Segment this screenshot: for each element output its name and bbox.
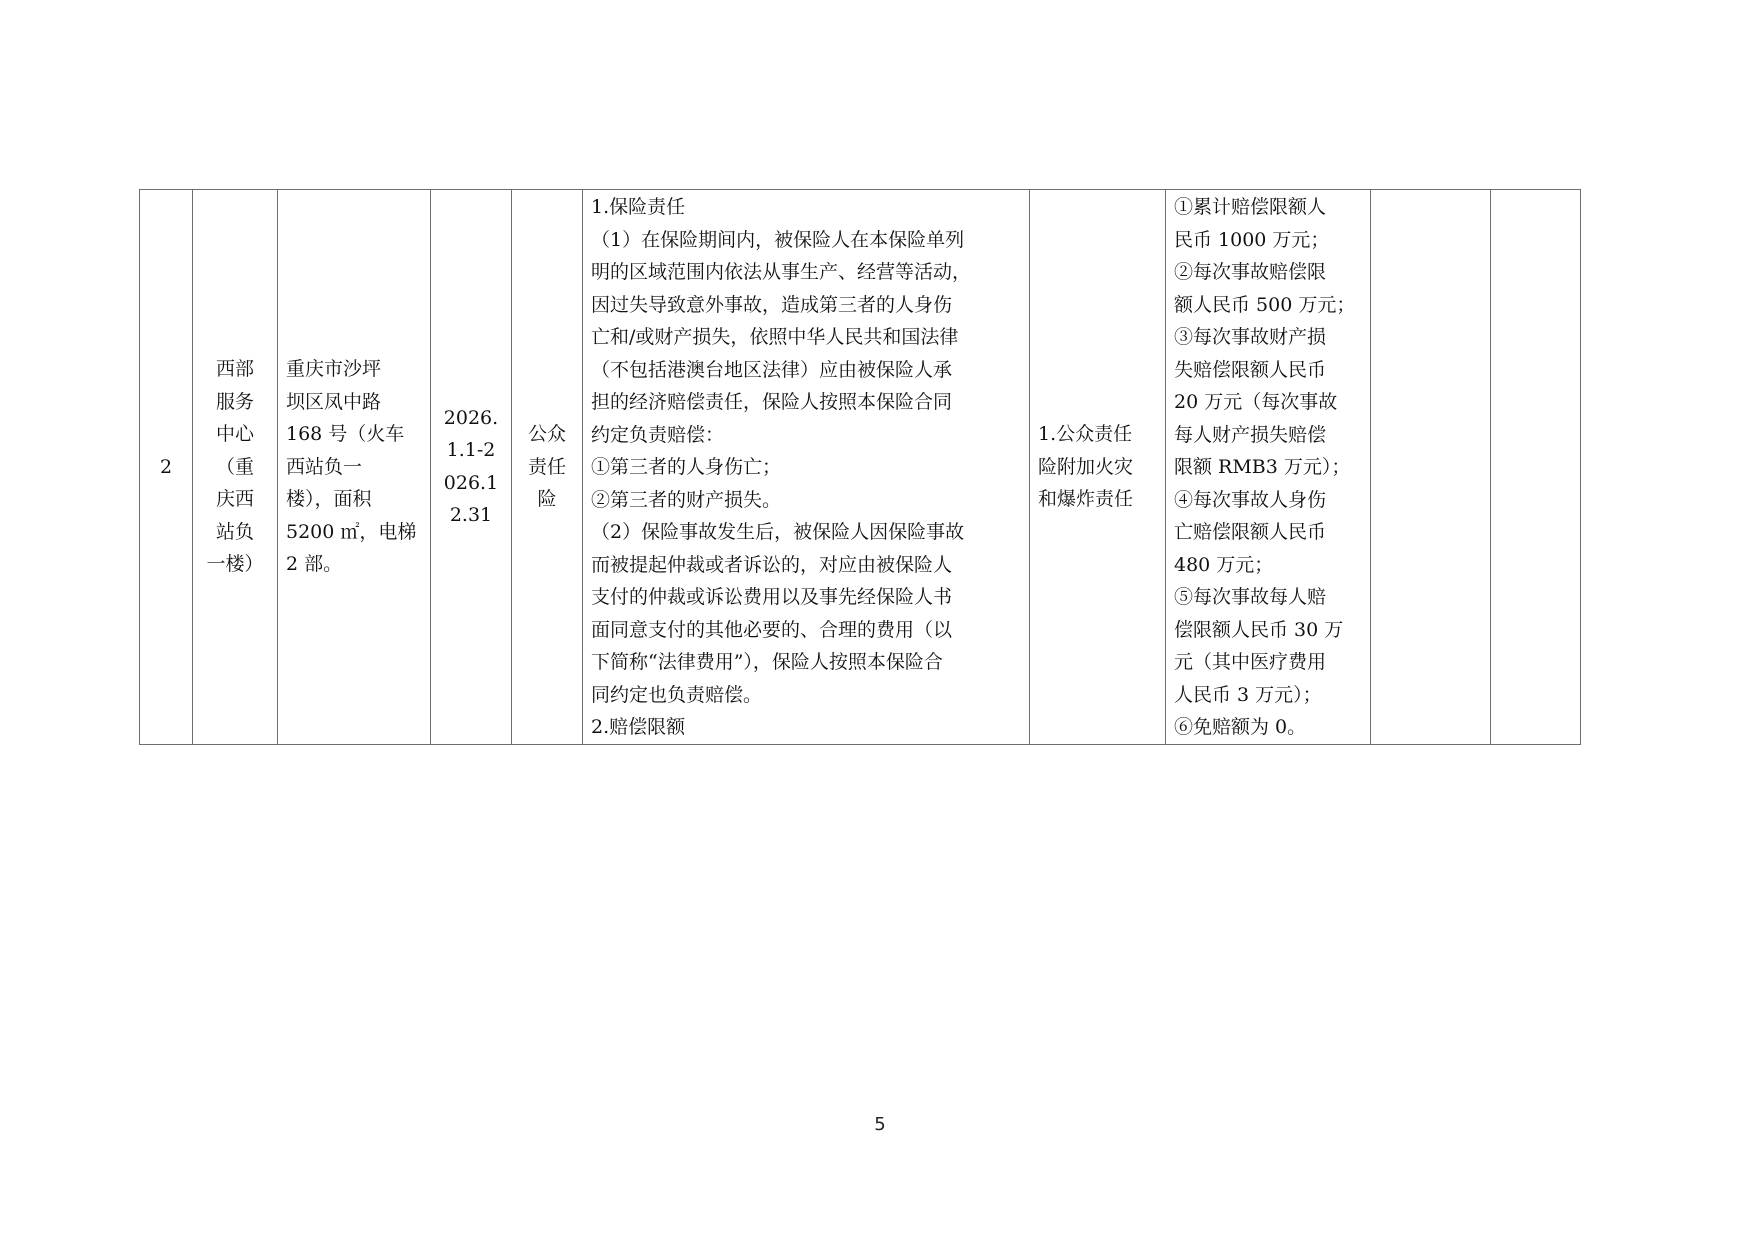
page-number: 5 (868, 1114, 892, 1135)
empty-cell-10 (1491, 190, 1581, 745)
text-line: 站负 (201, 516, 269, 549)
text-line: （重 (201, 451, 269, 484)
text-line: 2 部。 (286, 548, 422, 581)
text-line: 明的区域范围内依法从事生产、经营等活动， (591, 256, 1021, 289)
text-line: 坝区凤中路 (286, 386, 422, 419)
text-line: 额人民币 500 万元； (1174, 289, 1362, 322)
text-line: ①累计赔偿限额人 (1174, 191, 1362, 224)
text-line: 中心 (201, 418, 269, 451)
text-line: ④每次事故人身伤 (1174, 484, 1362, 517)
text-line: 险附加火灾 (1038, 451, 1157, 484)
text-line: 亡和/或财产损失，依照中华人民共和国法律 (591, 321, 1021, 354)
text-line: （1）在保险期间内，被保险人在本保险单列 (591, 224, 1021, 257)
row-index: 2 (160, 456, 172, 478)
row-index-cell: 2 (140, 190, 193, 745)
text-line: 服务 (201, 386, 269, 419)
text-line: ③每次事故财产损 (1174, 321, 1362, 354)
text-line: 险 (520, 483, 574, 516)
text-line: 5200 ㎡，电梯 (286, 516, 422, 549)
text-line: 480 万元； (1174, 549, 1362, 582)
text-line: 1.保险责任 (591, 191, 1021, 224)
text-line: 担的经济赔偿责任，保险人按照本保险合同 (591, 386, 1021, 419)
empty-cell-9 (1371, 190, 1491, 745)
text-line: 民币 1000 万元； (1174, 224, 1362, 257)
text-line: 一楼） (201, 548, 269, 581)
text-line: ⑤每次事故每人赔 (1174, 581, 1362, 614)
insurance-period-cell: 2026.1.1-2026.12.31 (431, 190, 512, 745)
text-line: ①第三者的人身伤亡； (591, 451, 1021, 484)
insurance-type-cell: 公众责任险 (512, 190, 583, 745)
text-line: （2）保险事故发生后，被保险人因保险事故 (591, 516, 1021, 549)
text-line: 每人财产损失赔偿 (1174, 419, 1362, 452)
text-line: 亡赔偿限额人民币 (1174, 516, 1362, 549)
text-line: 支付的仲裁或诉讼费用以及事先经保险人书 (591, 581, 1021, 614)
text-line: 026.1 (439, 467, 503, 500)
text-line: 楼），面积 (286, 483, 422, 516)
text-line: 而被提起仲裁或者诉讼的，对应由被保险人 (591, 549, 1021, 582)
text-line: 失赔偿限额人民币 (1174, 354, 1362, 387)
table-row: 2 西部服务中心（重庆西站负一楼） 重庆市沙坪坝区凤中路168 号（火车西站负一… (140, 190, 1581, 745)
text-line: 限额 RMB3 万元）； (1174, 451, 1362, 484)
text-line: ②第三者的财产损失。 (591, 484, 1021, 517)
text-line: ⑥免赔额为 0。 (1174, 711, 1362, 744)
text-line: 人民币 3 万元）； (1174, 679, 1362, 712)
text-line: 重庆市沙坪 (286, 353, 422, 386)
text-line: （不包括港澳台地区法律）应由被保险人承 (591, 354, 1021, 387)
text-line: 1.公众责任 (1038, 418, 1157, 451)
text-line: 2026. (439, 402, 503, 435)
text-line: 约定负责赔偿： (591, 419, 1021, 452)
text-line: 面同意支付的其他必要的、合理的费用（以 (591, 614, 1021, 647)
text-line: 西站负一 (286, 451, 422, 484)
text-line: 责任 (520, 451, 574, 484)
address-cell: 重庆市沙坪坝区凤中路168 号（火车西站负一楼），面积5200 ㎡，电梯2 部。 (278, 190, 431, 745)
text-line: 168 号（火车 (286, 418, 422, 451)
insurance-schedule-table: 2 西部服务中心（重庆西站负一楼） 重庆市沙坪坝区凤中路168 号（火车西站负一… (139, 189, 1581, 745)
additional-clause-cell: 1.公众责任险附加火灾和爆炸责任 (1030, 190, 1166, 745)
text-line: 同约定也负责赔偿。 (591, 679, 1021, 712)
text-line: 2.赔偿限额 (591, 711, 1021, 744)
text-line: 1.1-2 (439, 434, 503, 467)
location-name-cell: 西部服务中心（重庆西站负一楼） (193, 190, 278, 745)
text-line: 西部 (201, 353, 269, 386)
text-line: 公众 (520, 418, 574, 451)
text-line: ②每次事故赔偿限 (1174, 256, 1362, 289)
text-line: 和爆炸责任 (1038, 483, 1157, 516)
text-line: 偿限额人民币 30 万 (1174, 614, 1362, 647)
text-line: 庆西 (201, 483, 269, 516)
text-line: 20 万元（每次事故 (1174, 386, 1362, 419)
text-line: 2.31 (439, 499, 503, 532)
text-line: 下简称“法律费用”），保险人按照本保险合 (591, 646, 1021, 679)
text-line: 元（其中医疗费用 (1174, 646, 1362, 679)
text-line: 因过失导致意外事故，造成第三者的人身伤 (591, 289, 1021, 322)
liability-limits-cell: ①累计赔偿限额人民币 1000 万元；②每次事故赔偿限额人民币 500 万元；③… (1166, 190, 1371, 745)
coverage-description-cell: 1.保险责任（1）在保险期间内，被保险人在本保险单列明的区域范围内依法从事生产、… (583, 190, 1030, 745)
